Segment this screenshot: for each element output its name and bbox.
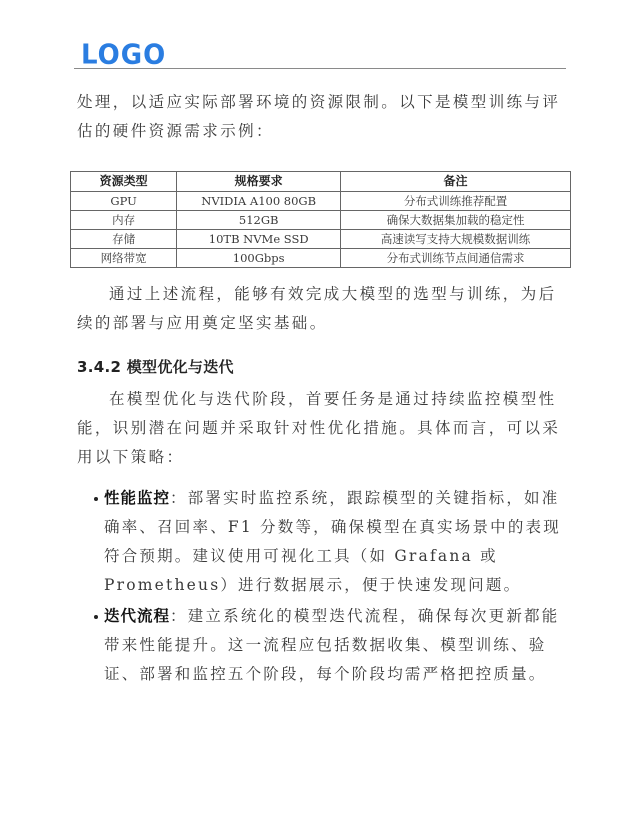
table-cell: 高速读写支持大规模数据训练 xyxy=(341,230,571,249)
table-cell: 分布式训练节点间通信需求 xyxy=(341,249,571,268)
list-item: 迭代流程：建立系统化的模型迭代流程，确保每次更新都能带来性能提升。这一流程应包括… xyxy=(77,602,567,689)
header-divider xyxy=(74,68,566,69)
table-cell: 存储 xyxy=(71,230,177,249)
table-header-row: 资源类型 规格要求 备注 xyxy=(71,172,571,192)
table-cell: 网络带宽 xyxy=(71,249,177,268)
list-item-text: ：建立系统化的模型迭代流程，确保每次更新都能带来性能提升。这一流程应包括数据收集… xyxy=(104,607,559,683)
table-row: GPU NVIDIA A100 80GB 分布式训练推荐配置 xyxy=(71,192,571,211)
table-cell: 100Gbps xyxy=(177,249,341,268)
bullet-icon xyxy=(94,615,98,619)
list-item-text: ：部署实时监控系统，跟踪模型的关键指标，如准确率、召回率、F1 分数等，确保模型… xyxy=(104,489,561,594)
table-row: 存储 10TB NVMe SSD 高速读写支持大规模数据训练 xyxy=(71,230,571,249)
table-cell: 内存 xyxy=(71,211,177,230)
table-cell: 确保大数据集加载的稳定性 xyxy=(341,211,571,230)
section-heading: 3.4.2 模型优化与迭代 xyxy=(77,356,234,377)
table-cell: GPU xyxy=(71,192,177,211)
table-cell: 10TB NVMe SSD xyxy=(177,230,341,249)
table-cell: NVIDIA A100 80GB xyxy=(177,192,341,211)
table-cell: 分布式训练推荐配置 xyxy=(341,192,571,211)
table-row: 网络带宽 100Gbps 分布式训练节点间通信需求 xyxy=(71,249,571,268)
list-item-title: 性能监控 xyxy=(104,489,170,507)
column-header: 资源类型 xyxy=(71,172,177,192)
table-cell: 512GB xyxy=(177,211,341,230)
strategy-list: 性能监控：部署实时监控系统，跟踪模型的关键指标，如准确率、召回率、F1 分数等，… xyxy=(77,484,567,689)
column-header: 规格要求 xyxy=(177,172,341,192)
hardware-requirements-table: 资源类型 规格要求 备注 GPU NVIDIA A100 80GB 分布式训练推… xyxy=(70,171,571,268)
bullet-icon xyxy=(94,497,98,501)
logo: LOGO xyxy=(81,40,166,69)
summary-paragraph: 通过上述流程，能够有效完成大模型的选型与训练，为后续的部署与应用奠定坚实基础。 xyxy=(77,280,567,338)
list-item: 性能监控：部署实时监控系统，跟踪模型的关键指标，如准确率、召回率、F1 分数等，… xyxy=(77,484,567,600)
intro-paragraph: 处理，以适应实际部署环境的资源限制。以下是模型训练与评估的硬件资源需求示例： xyxy=(77,88,567,146)
list-item-title: 迭代流程 xyxy=(104,607,170,625)
document-page: LOGO 处理，以适应实际部署环境的资源限制。以下是模型训练与评估的硬件资源需求… xyxy=(0,0,640,829)
section-paragraph: 在模型优化与迭代阶段，首要任务是通过持续监控模型性能，识别潜在问题并采取针对性优… xyxy=(77,385,567,472)
column-header: 备注 xyxy=(341,172,571,192)
table-row: 内存 512GB 确保大数据集加载的稳定性 xyxy=(71,211,571,230)
